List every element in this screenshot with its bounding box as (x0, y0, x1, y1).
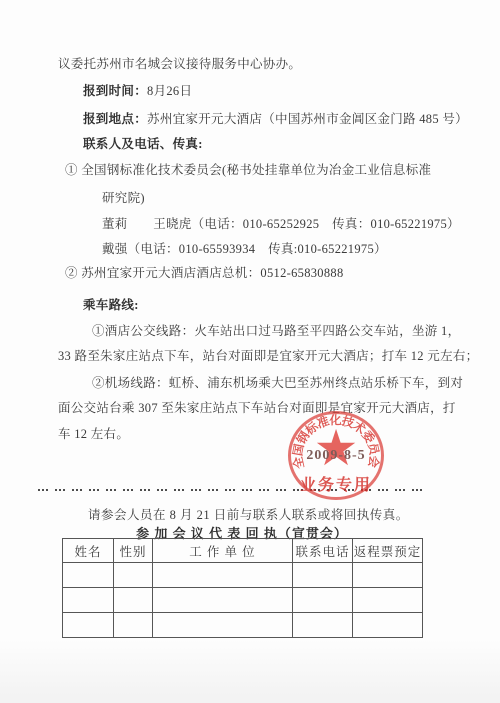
contact-org2-line: ② 苏州宜家开元大酒店酒店总机：0512-65830888 (65, 266, 344, 281)
contact-org1-line1: ① 全国钢标准化技术委员会(秘书处挂靠单位为冶金工业信息标准 (65, 163, 431, 178)
col-header-name: 姓名 (63, 539, 114, 563)
intro-line: 议委托苏州市名城会议接待服务中心协办。 (58, 57, 301, 72)
col-header-phone: 联系电话 (293, 539, 353, 563)
col-header-workunit: 工 作 单 位 (153, 539, 293, 563)
airport-route-line3: 车 12 左右。 (58, 427, 129, 442)
checkin-place-label: 报到地点： (83, 112, 147, 126)
empty-cell (293, 563, 353, 588)
col-header-ticket: 返程票预定 (353, 539, 423, 563)
col-header-gender: 性别 (114, 539, 153, 563)
empty-cell (114, 613, 153, 638)
checkin-time-line: 报到时间：8月26日 (83, 84, 192, 99)
empty-cell (353, 563, 423, 588)
seal-date: 2009-8-5 (295, 448, 377, 464)
empty-cell (63, 563, 114, 588)
airport-route-line1: ②机场线路：虹桥、浦东机场乘大巴至苏州终点站乐桥下车，到对 (92, 376, 463, 391)
table-row (63, 588, 423, 613)
empty-cell (63, 613, 114, 638)
contact-phone-line1: 董莉 王晓虎（电话：010-65252925 传真：010-65221975） (102, 217, 460, 232)
reply-table: 姓名 性别 工 作 单 位 联系电话 返程票预定 (62, 538, 423, 638)
empty-cell (114, 588, 153, 613)
empty-cell (153, 613, 293, 638)
checkin-time-label: 报到时间： (83, 84, 147, 98)
contact-org1-line2: 研究院) (102, 191, 145, 206)
empty-cell (353, 588, 423, 613)
header-row: 姓名 性别 工 作 单 位 联系电话 返程票预定 (63, 539, 423, 563)
empty-cell (153, 563, 293, 588)
reply-note: 请参会人员在 8 月 21 日前与联系人联系或将回执传真。 (88, 505, 409, 523)
airport-route-line2: 面公交站台乘 307 至朱家庄站点下车站台对面即是宜家开元大酒店，打 (58, 401, 456, 416)
document-page: { "main": { "intro": "议委托苏州市名城会议接待服务中心协办… (0, 0, 500, 703)
checkin-place-value: 苏州宜家开元大酒店（中国苏州市金阊区金门路 485 号） (147, 112, 468, 126)
empty-cell (63, 588, 114, 613)
seal-caption: 业务专用 (288, 472, 384, 495)
empty-cell (353, 613, 423, 638)
contacts-heading: 联系人及电话、传真: (83, 137, 203, 152)
empty-cell (153, 588, 293, 613)
table-row (63, 613, 423, 638)
table-row (63, 563, 423, 588)
bus-route-line1: ①酒店公交线路：火车站出口过马路至平四路公交车站，坐游 1， (92, 324, 460, 339)
checkin-time-value: 8月26日 (147, 84, 192, 98)
official-seal: 全国钢标准化技术委员会 ★ 2009-8-5 业务专用 (288, 411, 384, 500)
checkin-place-line: 报到地点：苏州宜家开元大酒店（中国苏州市金阊区金门路 485 号） (83, 112, 468, 127)
empty-cell (114, 563, 153, 588)
bus-route-line2: 33 路至朱家庄站点下车，站台对面即是宜家开元大酒店；打车 12 元左右； (58, 349, 478, 364)
route-heading: 乘车路线: (83, 298, 139, 313)
contact-phone-line2: 戴强（电话：010-65593934 传真:010-65221975） (102, 242, 387, 257)
empty-cell (293, 588, 353, 613)
empty-cell (293, 613, 353, 638)
